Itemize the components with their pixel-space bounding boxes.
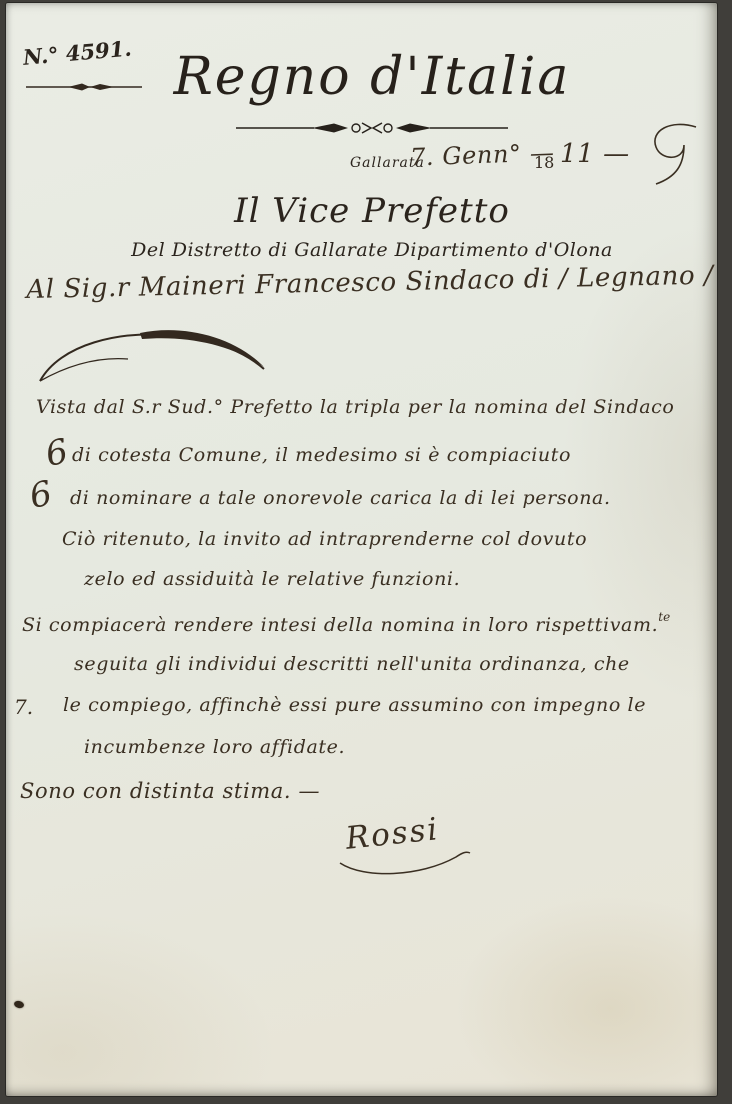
body-line: le compiego, affinchè essi pure assumino… (63, 694, 646, 716)
scanned-letter-background: N.° 4591. Regno d'Italia Gallarata 7. Ge… (0, 0, 732, 1104)
body-line: seguita gli individui descritti nell'uni… (74, 653, 630, 675)
body-line-text: Si compiacerà rendere intesi della nomin… (22, 614, 658, 636)
office-title: Il Vice Prefetto (66, 191, 678, 231)
body-line: Si compiacerà rendere intesi della nomin… (22, 610, 670, 636)
margin-number: 7. (14, 695, 33, 719)
pen-flourish-mark: 6 (42, 431, 72, 475)
dateline-curl-flourish (644, 121, 702, 187)
dateline-year-printed: 18 (534, 153, 554, 172)
body-line: incumbenze loro affidate. (84, 736, 345, 758)
signature-flourish (334, 845, 474, 879)
closing-line: Sono con distinta stima. — (20, 779, 320, 803)
body-line: Ciò ritenuto, la invito ad intraprendern… (62, 528, 587, 550)
superscript-te: te (658, 610, 670, 624)
addressee-line: Al Sig.r Maineri Francesco Sindaco di / … (26, 261, 714, 305)
paraph-flourish (32, 323, 276, 387)
body-line: di nominare a tale onorevole carica la d… (70, 487, 611, 509)
kingdom-title: Regno d'Italia (66, 47, 678, 107)
paper-sheet: N.° 4591. Regno d'Italia Gallarata 7. Ge… (6, 3, 717, 1096)
divider-ornament (234, 119, 510, 137)
body-line: Vista dal S.r Sud.° Prefetto la tripla p… (36, 396, 674, 418)
body-line: di cotesta Comune, il medesimo si è comp… (72, 444, 571, 466)
office-subtitle: Del Distretto di Gallarate Dipartimento … (36, 239, 708, 261)
dateline-year-handwritten: 11 — (560, 139, 630, 169)
pen-flourish-mark: 6 (26, 473, 56, 517)
ink-spot (13, 1000, 24, 1009)
body-line: zelo ed assiduità le relative funzioni. (84, 568, 460, 590)
